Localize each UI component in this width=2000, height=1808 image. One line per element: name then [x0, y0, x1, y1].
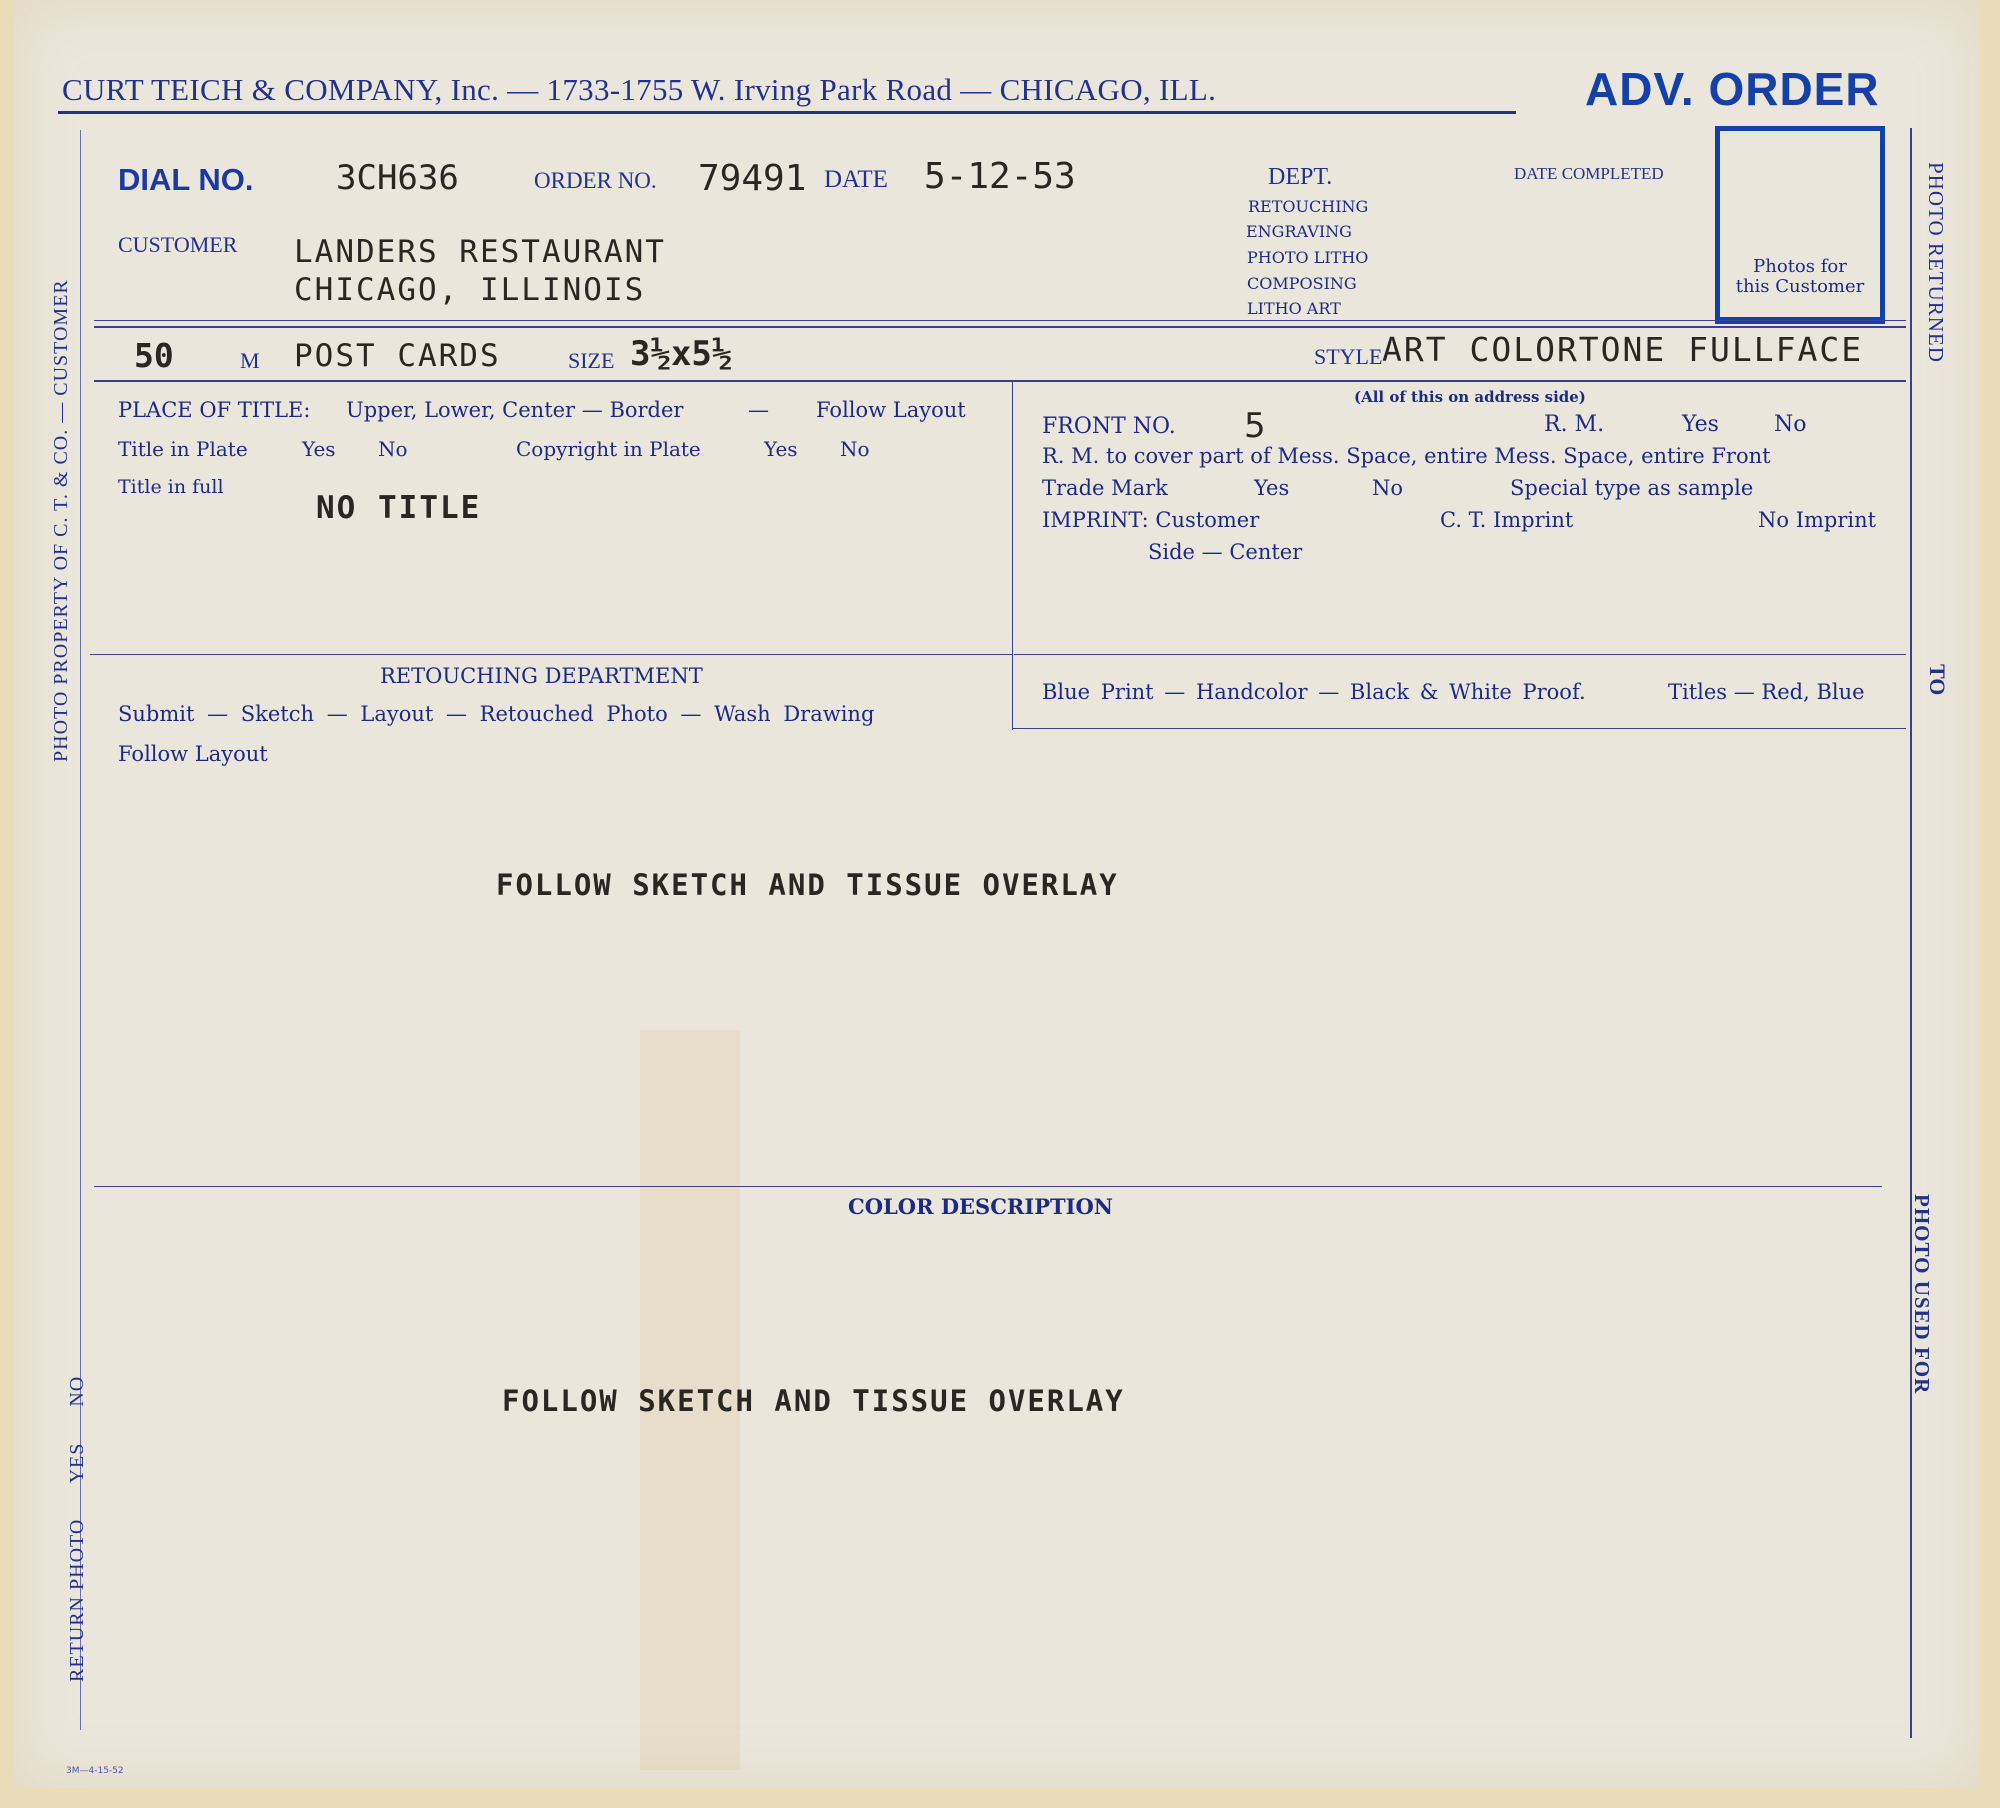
dept-item-composing: COMPOSING	[1247, 274, 1357, 293]
photo-box-line2: this Customer	[1720, 277, 1880, 297]
photos-for-customer-box: Photos for this Customer	[1715, 126, 1885, 324]
style-label: STYLE	[1314, 344, 1382, 370]
retouching-rule	[90, 654, 1012, 655]
quantity-unit-label: M	[240, 348, 260, 374]
customer-city: CHICAGO, ILLINOIS	[294, 272, 645, 308]
company-line: CURT TEICH & COMPANY, Inc. — 1733-1755 W…	[62, 72, 1216, 108]
form-code: 3M—4-15-52	[66, 1766, 124, 1776]
retouching-instruction: FOLLOW SKETCH AND TISSUE OVERLAY	[496, 868, 1119, 902]
title-in-plate-label: Title in Plate	[118, 437, 248, 461]
trade-mark-yes[interactable]: Yes	[1254, 476, 1289, 500]
customer-label: CUSTOMER	[118, 232, 237, 258]
proof-titles[interactable]: Titles — Red, Blue	[1668, 680, 1865, 704]
date-label: DATE	[824, 166, 888, 194]
dept-item-litho-art: LITHO ART	[1247, 299, 1341, 318]
trade-mark-label: Trade Mark	[1042, 476, 1168, 500]
right-margin-to: TO	[1924, 664, 1950, 695]
front-no-value: 5	[1244, 406, 1266, 446]
place-of-title-label: PLACE OF TITLE:	[118, 398, 310, 422]
photo-box-line1: Photos for	[1720, 257, 1880, 277]
header-rule-1	[94, 320, 1906, 321]
imprint-customer[interactable]: IMPRINT: Customer	[1042, 508, 1259, 532]
header-rule-2	[94, 326, 1906, 328]
place-of-title-follow-layout[interactable]: Follow Layout	[816, 398, 966, 422]
right-margin-photo-returned: PHOTO RETURNED	[1923, 162, 1948, 363]
style-value: ART COLORTONE FULLFACE	[1382, 330, 1863, 369]
date-completed-label: DATE COMPLETED	[1514, 164, 1664, 184]
order-no-value: 79491	[698, 158, 806, 199]
form-title: ADV. ORDER	[1585, 62, 1880, 116]
left-margin-return-photo: RETURN PHOTO YES NO	[66, 1376, 89, 1682]
imprint-side-center[interactable]: Side — Center	[1148, 540, 1302, 564]
imprint-ct[interactable]: C. T. Imprint	[1440, 508, 1573, 532]
special-type-option[interactable]: Special type as sample	[1510, 476, 1753, 500]
date-value: 5-12-53	[924, 156, 1076, 197]
color-description-heading: COLOR DESCRIPTION	[848, 1194, 1113, 1219]
dept-label: DEPT.	[1268, 164, 1332, 191]
proof-options[interactable]: Blue Print — Handcolor — Black & White P…	[1042, 680, 1586, 704]
retouching-options[interactable]: Submit — Sketch — Layout — Retouched Pho…	[118, 702, 874, 726]
copyright-no[interactable]: No	[840, 437, 870, 461]
rm-label: R. M.	[1544, 412, 1604, 437]
quantity-value: 50	[134, 336, 174, 375]
proof-rule-top	[1014, 654, 1906, 655]
order-no-label: ORDER NO.	[534, 168, 657, 194]
company-underline	[58, 111, 1516, 114]
dept-item-retouching: RETOUCHING	[1248, 197, 1368, 216]
title-in-full-label: Title in full	[118, 476, 224, 498]
color-description-rule	[94, 1186, 1882, 1187]
section-divider	[1012, 382, 1013, 730]
trade-mark-no[interactable]: No	[1372, 476, 1403, 500]
right-margin-rule	[1910, 128, 1912, 1738]
retouching-follow-layout[interactable]: Follow Layout	[118, 742, 268, 766]
address-side-note: (All of this on address side)	[1354, 388, 1586, 406]
quantity-row-rule	[94, 380, 1906, 382]
rm-no[interactable]: No	[1774, 412, 1807, 437]
title-in-full-value: NO TITLE	[316, 490, 481, 526]
proof-rule-bottom	[1012, 728, 1906, 729]
dept-item-photo-litho: PHOTO LITHO	[1247, 248, 1368, 267]
rm-cover-options[interactable]: R. M. to cover part of Mess. Space, enti…	[1042, 444, 1771, 468]
right-margin-photo-used-for: PHOTO USED FOR	[1909, 1194, 1934, 1394]
copyright-yes[interactable]: Yes	[764, 437, 798, 461]
title-in-plate-yes[interactable]: Yes	[302, 437, 336, 461]
dial-no-label: DIAL NO.	[118, 162, 254, 198]
place-of-title-options[interactable]: Upper, Lower, Center — Border	[346, 398, 683, 422]
copyright-in-plate-label: Copyright in Plate	[516, 437, 701, 461]
product-value: POST CARDS	[294, 338, 501, 374]
front-no-label: FRONT NO.	[1042, 414, 1176, 439]
rm-yes[interactable]: Yes	[1682, 412, 1719, 437]
dept-item-engraving: ENGRAVING	[1246, 222, 1352, 241]
color-description-instruction: FOLLOW SKETCH AND TISSUE OVERLAY	[502, 1384, 1125, 1418]
size-label: SIZE	[568, 348, 614, 374]
retouching-heading: RETOUCHING DEPARTMENT	[380, 664, 703, 688]
left-margin-property-text: PHOTO PROPERTY OF C. T. & CO. — CUSTOMER	[50, 279, 73, 762]
title-in-plate-no[interactable]: No	[378, 437, 408, 461]
customer-name: LANDERS RESTAURANT	[294, 234, 666, 270]
dial-no-value: 3CH636	[336, 158, 459, 198]
size-value: 3½x5½	[630, 334, 732, 374]
place-of-title-dash: —	[748, 398, 769, 422]
imprint-none[interactable]: No Imprint	[1758, 508, 1876, 532]
